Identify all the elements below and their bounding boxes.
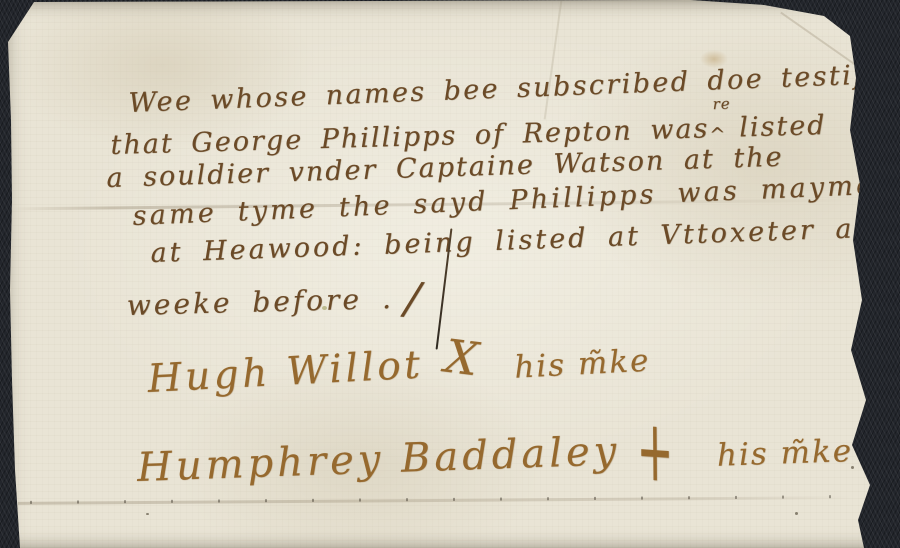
line-2-text-after: listed [739,110,827,143]
fold-crease-dots [30,495,840,504]
line-6-text: weeke before . [126,282,394,322]
fold-crease-lower [18,496,852,505]
interlinear-insertion: re^ [709,109,740,137]
manuscript-paper: Wee whose names bee subscribed doe testi… [0,0,900,548]
manuscript-photo: Wee whose names bee subscribed doe testi… [0,0,900,548]
his-mark-label: his m̃ke [513,343,651,386]
paper-speck [795,512,798,515]
signature-hugh-willot: Hugh WillotXhis m̃ke [146,323,651,403]
signature-humphrey-baddaley: Humphrey Baddaley+his m̃ke [136,413,854,492]
his-mark-label: his m̃ke [716,433,853,474]
insertion-text: re [712,95,731,113]
witness-mark-cross-icon: + [637,399,674,501]
paper-speck [146,513,149,515]
flourish-slash: / [403,273,425,325]
signer-name: Humphrey Baddaley [136,428,621,491]
signer-name: Hugh Willot [146,343,424,402]
manuscript-line-6: weeke before ./ [126,267,424,326]
witness-mark-x-icon: X [442,329,481,387]
